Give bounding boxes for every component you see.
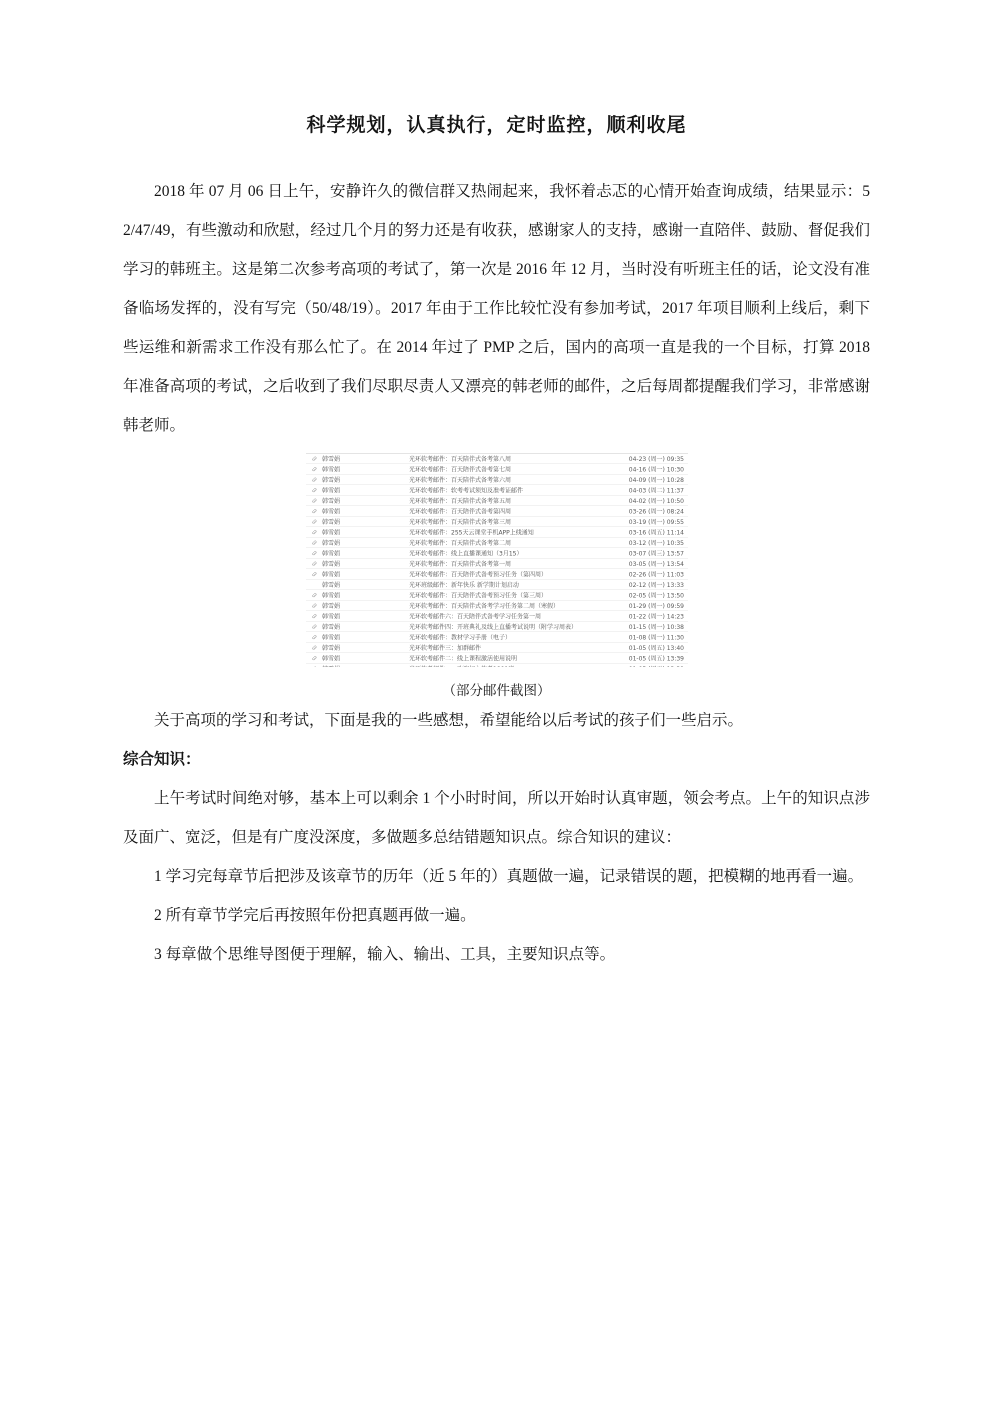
email-subject: 光环软考邮件：百天陪伴式备考第二周 (409, 538, 615, 547)
email-subject: 光环软考邮件：百天陪伴式备考第三周 (409, 517, 615, 526)
section-heading: 综合知识： (123, 740, 870, 779)
paperclip-icon (306, 666, 322, 667)
email-sender: 韩雪娟 (322, 591, 409, 600)
email-subject: 光环软考邮件三：加群邮件 (409, 643, 615, 652)
transition-paragraph: 关于高项的学习和考试，下面是我的一些感想，希望能给以后考试的孩子们一些启示。 (123, 701, 870, 740)
email-sender: 韩雪娟 (322, 549, 409, 558)
paperclip-icon (306, 529, 322, 535)
email-subject: 光环软考邮件六：百天陪伴式备考学习任务第一周 (409, 612, 615, 621)
email-row: 韩雪娟 光环软考邮件：软考考试须知及准考证邮件 04-03 (周二) 11:37 (306, 485, 688, 496)
suggestion-item-1: 1 学习完每章节后把涉及该章节的历年（近 5 年的）真题做一遍，记录错误的题，把… (123, 857, 870, 896)
email-row: 韩雪娟 光环软考邮件：255天云课堂手机APP上线通知 03-16 (周五) 1… (306, 527, 688, 538)
email-date: 01-15 (周一) 10:38 (615, 622, 688, 631)
email-date: 04-23 (周一) 09:35 (615, 454, 688, 463)
suggestion-item-3: 3 每章做个思维导图便于理解，输入、输出、工具，主要知识点等。 (123, 935, 870, 974)
email-list-table: 韩雪娟 光环软考邮件：百天陪伴式备考第八周 04-23 (周一) 09:35 韩… (306, 453, 688, 667)
email-sender: 韩雪娟 (322, 580, 409, 589)
email-row: 韩雪娟 光环软考邮件：百天陪伴式备考第一周 03-05 (周一) 13:54 (306, 559, 688, 570)
paperclip-icon (306, 498, 322, 504)
paperclip-icon (306, 540, 322, 546)
email-subject: 光环软考邮件：百天陪伴式备考第五周 (409, 496, 615, 505)
email-row: 韩雪娟 光环软考邮件四：开班典礼及线上直播考试说明（附学习周表） 01-15 (… (306, 622, 688, 633)
email-date: 01-05 (周五) 13:40 (615, 643, 688, 652)
email-sender: 韩雪娟 (322, 486, 409, 495)
email-sender: 韩雪娟 (322, 622, 409, 631)
email-sender: 韩雪娟 (322, 664, 409, 667)
email-sender: 韩雪娟 (322, 601, 409, 610)
paperclip-icon (306, 487, 322, 493)
paperclip-icon (306, 624, 322, 630)
email-sender: 韩雪娟 (322, 528, 409, 537)
email-list-screenshot: 韩雪娟 光环软考邮件：百天陪伴式备考第八周 04-23 (周一) 09:35 韩… (306, 453, 688, 667)
email-date: 03-12 (周一) 10:35 (615, 538, 688, 547)
email-date: 01-05 (周五) 13:39 (615, 654, 688, 663)
email-date: 03-26 (周一) 08:24 (615, 507, 688, 516)
email-subject: 光环软考邮件：百天陪伴式备考第七周 (409, 465, 615, 474)
paperclip-icon (306, 456, 322, 462)
email-subject: 光环软考邮件：百天陪伴式备考第一周 (409, 559, 615, 568)
paperclip-icon (306, 645, 322, 651)
email-subject: 光环软考邮件：百天陪伴式备考第八周 (409, 454, 615, 463)
email-sender: 韩雪娟 (322, 475, 409, 484)
email-subject: 光环软考邮件：软考考试须知及准考证邮件 (409, 486, 615, 495)
section-paragraph: 上午考试时间绝对够，基本上可以剩余 1 个小时时间，所以开始时认真审题，领会考点… (123, 779, 870, 857)
document-page: 科学规划，认真执行，定时监控，顺利收尾 2018 年 07 月 06 日上午，安… (0, 0, 992, 1403)
email-row: 韩雪娟 光环软考邮件三：加群邮件 01-05 (周五) 13:40 (306, 643, 688, 654)
suggestion-item-2: 2 所有章节学完后再按照年份把真题再做一遍。 (123, 896, 870, 935)
email-date: 04-02 (周一) 10:50 (615, 496, 688, 505)
paperclip-icon (306, 603, 322, 609)
email-sender: 韩雪娟 (322, 612, 409, 621)
email-date: 01-05 (周五) 13:39 (615, 664, 688, 667)
email-date: 02-26 (周一) 11:03 (615, 570, 688, 579)
paperclip-icon (306, 550, 322, 556)
email-date: 03-07 (周三) 13:57 (615, 549, 688, 558)
email-row: 韩雪娟 光环软考邮件：百天陪伴式备考第七周 04-16 (周一) 10:30 (306, 464, 688, 475)
email-subject: 光环软考邮件：百天陪伴式备考第四周 (409, 507, 615, 516)
email-date: 04-16 (周一) 10:30 (615, 465, 688, 474)
email-subject: 光环软考邮件一：欢迎加入软考1801班 (409, 664, 615, 667)
email-date: 03-16 (周五) 11:14 (615, 528, 688, 537)
email-row: 韩雪娟 光环软考邮件：百天陪伴式备考第五周 04-02 (周一) 10:50 (306, 496, 688, 507)
email-subject: 光环软考邮件：教材学习手册（电子） (409, 633, 615, 642)
email-subject: 光环软考邮件：百天陪伴式备考预习任务（第四周） (409, 570, 615, 579)
email-sender: 韩雪娟 (322, 517, 409, 526)
email-row: 韩雪娟 光环软考邮件：教材学习手册（电子） 01-08 (周一) 11:30 (306, 632, 688, 643)
email-sender: 韩雪娟 (322, 559, 409, 568)
email-row: 韩雪娟 光环软考邮件二：线上课程激活使用说明 01-05 (周五) 13:39 (306, 653, 688, 664)
email-date: 02-05 (周一) 13:50 (615, 591, 688, 600)
email-subject: 光环软考邮件：百天陪伴式备考第六周 (409, 475, 615, 484)
email-row: 韩雪娟 光环软考邮件：百天陪伴式备考第六周 04-09 (周一) 10:28 (306, 475, 688, 486)
email-sender: 韩雪娟 (322, 538, 409, 547)
email-sender: 韩雪娟 (322, 643, 409, 652)
paperclip-icon (306, 508, 322, 514)
email-date: 02-12 (周一) 13:33 (615, 580, 688, 589)
email-row: 韩雪娟 光环软考邮件：线上直播课通知（3月15） 03-07 (周三) 13:5… (306, 548, 688, 559)
paperclip-icon (306, 592, 322, 598)
paperclip-icon (306, 634, 322, 640)
email-subject: 光环软考邮件：百天陪伴式备考预习任务（第三周） (409, 591, 615, 600)
paperclip-icon (306, 466, 322, 472)
email-date: 04-03 (周二) 11:37 (615, 486, 688, 495)
email-sender: 韩雪娟 (322, 454, 409, 463)
email-row: 韩雪娟 光环软考邮件：百天陪伴式备考预习任务（第三周） 02-05 (周一) 1… (306, 590, 688, 601)
email-sender: 韩雪娟 (322, 633, 409, 642)
paperclip-icon (306, 655, 322, 661)
email-date: 01-22 (周一) 14:23 (615, 612, 688, 621)
email-subject: 光环软考邮件四：开班典礼及线上直播考试说明（附学习周表） (409, 622, 615, 631)
email-row: 韩雪娟 光环软考邮件一：欢迎加入软考1801班 01-05 (周五) 13:39 (306, 664, 688, 668)
email-subject: 光环软考邮件：255天云课堂手机APP上线通知 (409, 528, 615, 537)
paperclip-icon (306, 561, 322, 567)
email-date: 03-19 (周一) 09:55 (615, 517, 688, 526)
email-date: 03-05 (周一) 13:54 (615, 559, 688, 568)
email-subject: 光环班级邮件：新年快乐 新学期计划启动 (409, 580, 615, 589)
email-row: 韩雪娟 光环软考邮件：百天陪伴式备考第二周 03-12 (周一) 10:35 (306, 538, 688, 549)
email-subject: 光环软考邮件：线上直播课通知（3月15） (409, 549, 615, 558)
email-row: 韩雪娟 光环软考邮件六：百天陪伴式备考学习任务第一周 01-22 (周一) 14… (306, 611, 688, 622)
email-date: 01-08 (周一) 11:30 (615, 633, 688, 642)
email-sender: 韩雪娟 (322, 654, 409, 663)
email-subject: 光环软考邮件二：线上课程激活使用说明 (409, 654, 615, 663)
email-row: 韩雪娟 光环班级邮件：新年快乐 新学期计划启动 02-12 (周一) 13:33 (306, 580, 688, 591)
email-sender: 韩雪娟 (322, 496, 409, 505)
email-sender: 韩雪娟 (322, 570, 409, 579)
email-row: 韩雪娟 光环软考邮件：百天陪伴式备考学习任务第二周（寒假） 01-29 (周一)… (306, 601, 688, 612)
paperclip-icon (306, 477, 322, 483)
paperclip-icon (306, 613, 322, 619)
email-sender: 韩雪娟 (322, 465, 409, 474)
email-subject: 光环软考邮件：百天陪伴式备考学习任务第二周（寒假） (409, 601, 615, 610)
image-caption: （部分邮件截图） (123, 681, 870, 701)
email-row: 韩雪娟 光环软考邮件：百天陪伴式备考第四周 03-26 (周一) 08:24 (306, 506, 688, 517)
email-row: 韩雪娟 光环软考邮件：百天陪伴式备考预习任务（第四周） 02-26 (周一) 1… (306, 569, 688, 580)
email-date: 04-09 (周一) 10:28 (615, 475, 688, 484)
email-sender: 韩雪娟 (322, 507, 409, 516)
email-row: 韩雪娟 光环软考邮件：百天陪伴式备考第八周 04-23 (周一) 09:35 (306, 454, 688, 465)
email-date: 01-29 (周一) 09:59 (615, 601, 688, 610)
intro-paragraph: 2018 年 07 月 06 日上午，安静许久的微信群又热闹起来，我怀着忐忑的心… (123, 172, 870, 445)
paperclip-icon (306, 571, 322, 577)
document-title: 科学规划，认真执行，定时监控，顺利收尾 (123, 112, 870, 140)
paperclip-icon (306, 519, 322, 525)
email-row: 韩雪娟 光环软考邮件：百天陪伴式备考第三周 03-19 (周一) 09:55 (306, 517, 688, 528)
